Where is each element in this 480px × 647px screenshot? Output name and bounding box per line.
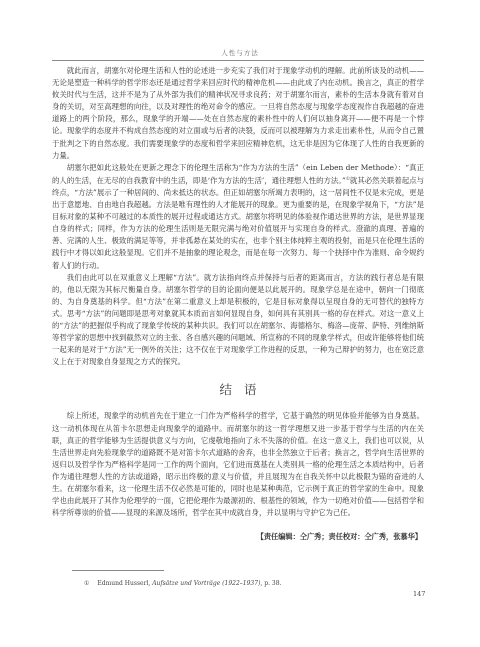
section-title: 结语 (64, 384, 424, 396)
footnote-rule (72, 570, 164, 571)
footnote-title: Aufsätze und Vorträge (1922–1937) (152, 580, 260, 587)
editor-credit: 【责任编辑：仝广秀；责任校对：仝广秀，张慕华】 (52, 531, 424, 543)
footnote-page: , p. 38. (260, 580, 281, 587)
paragraph-1: 就此而言，胡塞尔对伦理生活和人性的论述进一步充实了我们对于现象学动机的理解。此前… (52, 65, 424, 162)
footnote-marker: ① (84, 580, 89, 587)
paragraph-3: 我们由此可以在双重意义上理解“方法”。就方法指向终点并保持与后者的距离而言，方法… (52, 272, 424, 369)
footnote-author: Edmund Husserl, (97, 580, 152, 587)
running-head: 人性与方法 (0, 48, 480, 57)
paragraph-2-continued: 就其必然关联着起点与终点，“方法”展示了一种居间的、尚未抵达的状态。但正如胡塞尔… (52, 176, 424, 270)
footnote: ①Edmund Husserl, Aufsätze und Vorträge (… (84, 580, 281, 587)
paragraph-2: 胡塞尔把如此这般处在更新之理念下的伦理生活称为“作为方法的生活”（ein Leb… (52, 162, 424, 272)
conclusion-paragraph: 综上所述，现象学的动机首先在于建立一门作为严格科学的哲学，它基于确然的明见体验并… (52, 410, 424, 519)
page-number: 147 (413, 590, 425, 598)
body-text: 就此而言，胡塞尔对伦理生活和人性的论述进一步充实了我们对于现象学动机的理解。此前… (52, 65, 424, 543)
header-rule (52, 60, 424, 61)
